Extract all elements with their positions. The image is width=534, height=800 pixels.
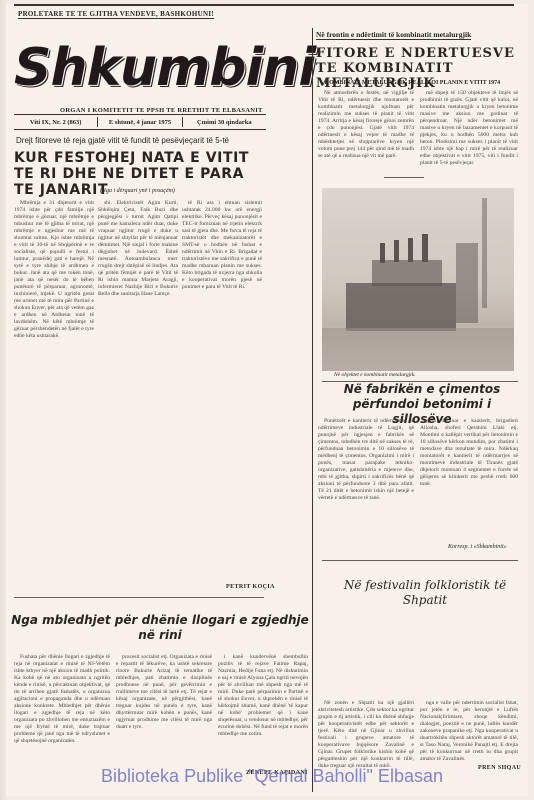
top-rule	[14, 4, 514, 6]
short-rule	[384, 177, 424, 178]
youth-column-3: i kanë kundervënë shembullin pozitiv të …	[218, 654, 308, 754]
cement-column-1: Punëtorët e kantierit të ndërmarrjes së …	[318, 418, 414, 548]
lead-subhead: (Nga i dërguari ynë i posaçëm)	[100, 188, 175, 194]
festival-column-2: nga e valle për ndertimin socialist fsha…	[420, 700, 518, 762]
photo-caption: Në objektet e kombinatit metalurgjik.	[334, 372, 416, 378]
youth-headline: Nga mbledhjet për dhënie llogari e zgjed…	[10, 613, 310, 643]
lead-column-3: të Ri ata i ehtuan sistemit ushtarak 24.…	[182, 200, 262, 580]
right-column-2: më shpejt të 150 objekteve të linjës së …	[420, 90, 518, 172]
factory-photo	[322, 188, 514, 371]
slogan: PROLETARE TE TE GJITHA VENDEVE, BASHKOHU…	[18, 10, 214, 19]
dateline: Viti IX, Nr. 2 (863) E shtunë, 4 janar 1…	[14, 114, 266, 130]
lead-column-2: shi. Elektricistët Agim Kurti, Shkëlqim …	[98, 200, 178, 590]
library-watermark: Biblioteka Publike "Qemal Baholli" Elbas…	[22, 766, 522, 787]
cement-signoff: Korresp. i «Shkumbinit»	[448, 544, 507, 550]
organ-line: ORGAN I KOMITETIT TE PPSH TE RRETHIT TE …	[60, 107, 263, 114]
lead-kicker: Drejt fitoreve të reja gjatë vitit të fu…	[16, 136, 229, 145]
masthead-title: Shkumbini	[14, 36, 259, 100]
lead-column-1: Mbrëmja e 31 dhjetorit e vitit 1974 isht…	[14, 200, 94, 590]
section-rule	[14, 597, 264, 598]
column-divider	[312, 28, 313, 792]
right-subhead: – KOMBINATI METALURGJIK REALIZOI PLANIN …	[320, 80, 500, 86]
issue-date: E shtunë, 4 janar 1975	[98, 119, 181, 126]
festival-column-1: Në zonën e Shpatit ka një gjallëri aktiv…	[318, 700, 414, 770]
youth-column-2: procesit socialist etj. Organizata e rin…	[116, 654, 212, 766]
section-rule	[322, 560, 518, 561]
volume-number: Viti IX, Nr. 2 (863)	[14, 119, 97, 126]
price: Çmimi 30 qindarka	[183, 119, 266, 126]
right-kicker: Në frontin e ndërtimit të kombinatit met…	[316, 30, 471, 40]
festival-headline: Në festivalin folkloristik të Shpatit	[330, 578, 520, 608]
right-column-1: Në atmosferën e festës, në vigjilje të V…	[318, 90, 414, 172]
youth-column-1: Fushata për dhënie llogari e zgjedhje të…	[14, 654, 110, 766]
cement-column-2: gash drejtuar e kantierit, brigadieri Al…	[420, 418, 518, 542]
lead-byline: PETRIT KOÇIA	[226, 584, 275, 590]
